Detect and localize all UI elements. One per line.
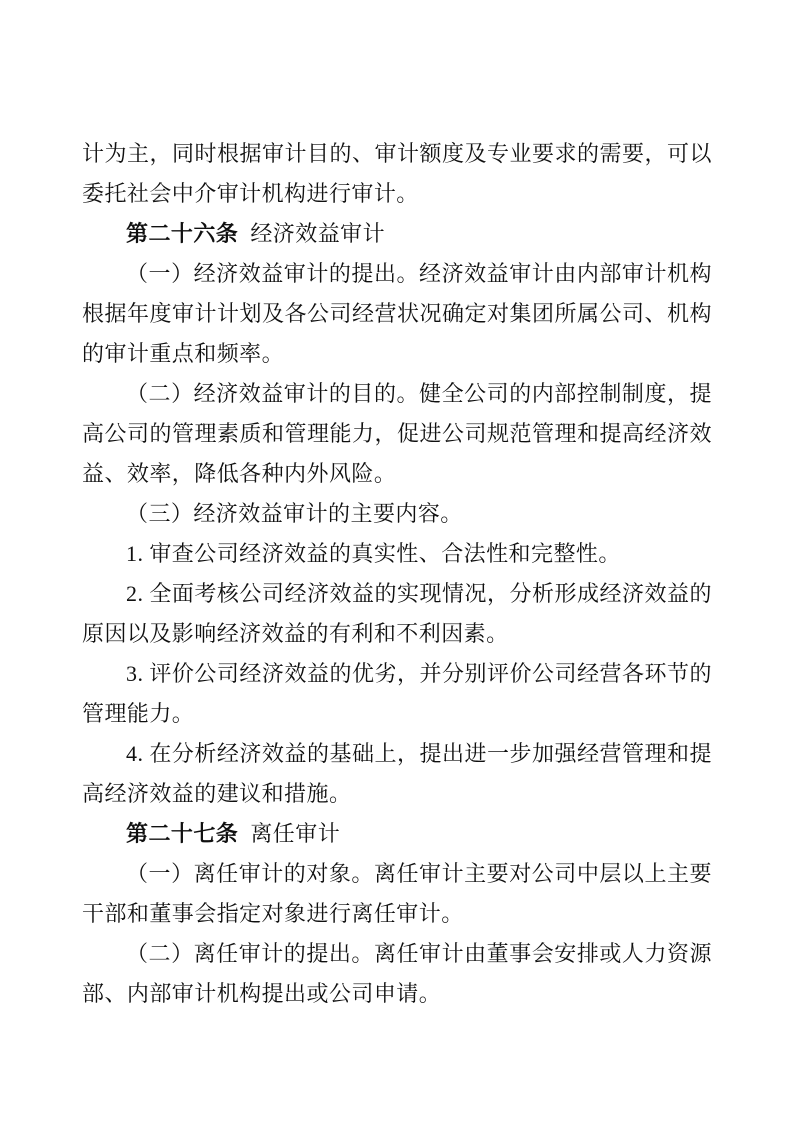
paragraph-item-2: （二）经济效益审计的目的。健全公司的内部控制制度，提高公司的管理素质和管理能力，… — [82, 374, 712, 494]
paragraph-item-3: （三）经济效益审计的主要内容。 — [82, 494, 712, 534]
paragraph-numbered-3: 3. 评价公司经济效益的优劣，并分别评价公司经营各环节的管理能力。 — [82, 654, 712, 734]
article-number: 第二十六条 — [126, 221, 238, 246]
article-number: 第二十七条 — [126, 821, 238, 846]
document-page: 计为主，同时根据审计目的、审计额度及专业要求的需要，可以委托社会中介审计机构进行… — [0, 0, 793, 1122]
paragraph-numbered-1: 1. 审查公司经济效益的真实性、合法性和完整性。 — [82, 534, 712, 574]
article-title: 离任审计 — [250, 821, 340, 846]
article-heading-27: 第二十七条离任审计 — [82, 814, 712, 854]
paragraph-numbered-2: 2. 全面考核公司经济效益的实现情况，分析形成经济效益的原因以及影响经济效益的有… — [82, 574, 712, 654]
document-text-block: 计为主，同时根据审计目的、审计额度及专业要求的需要，可以委托社会中介审计机构进行… — [82, 134, 712, 1014]
paragraph-item-1: （一）经济效益审计的提出。经济效益审计由内部审计机构根据年度审计计划及各公司经营… — [82, 254, 712, 374]
paragraph-item-2: （二）离任审计的提出。离任审计由董事会安排或人力资源部、内部审计机构提出或公司申… — [82, 934, 712, 1014]
article-heading-26: 第二十六条经济效益审计 — [82, 214, 712, 254]
paragraph-item-1: （一）离任审计的对象。离任审计主要对公司中层以上主要干部和董事会指定对象进行离任… — [82, 854, 712, 934]
paragraph-numbered-4: 4. 在分析经济效益的基础上，提出进一步加强经营管理和提高经济效益的建议和措施。 — [82, 734, 712, 814]
article-title: 经济效益审计 — [250, 221, 385, 246]
paragraph-continuation: 计为主，同时根据审计目的、审计额度及专业要求的需要，可以委托社会中介审计机构进行… — [82, 134, 712, 214]
